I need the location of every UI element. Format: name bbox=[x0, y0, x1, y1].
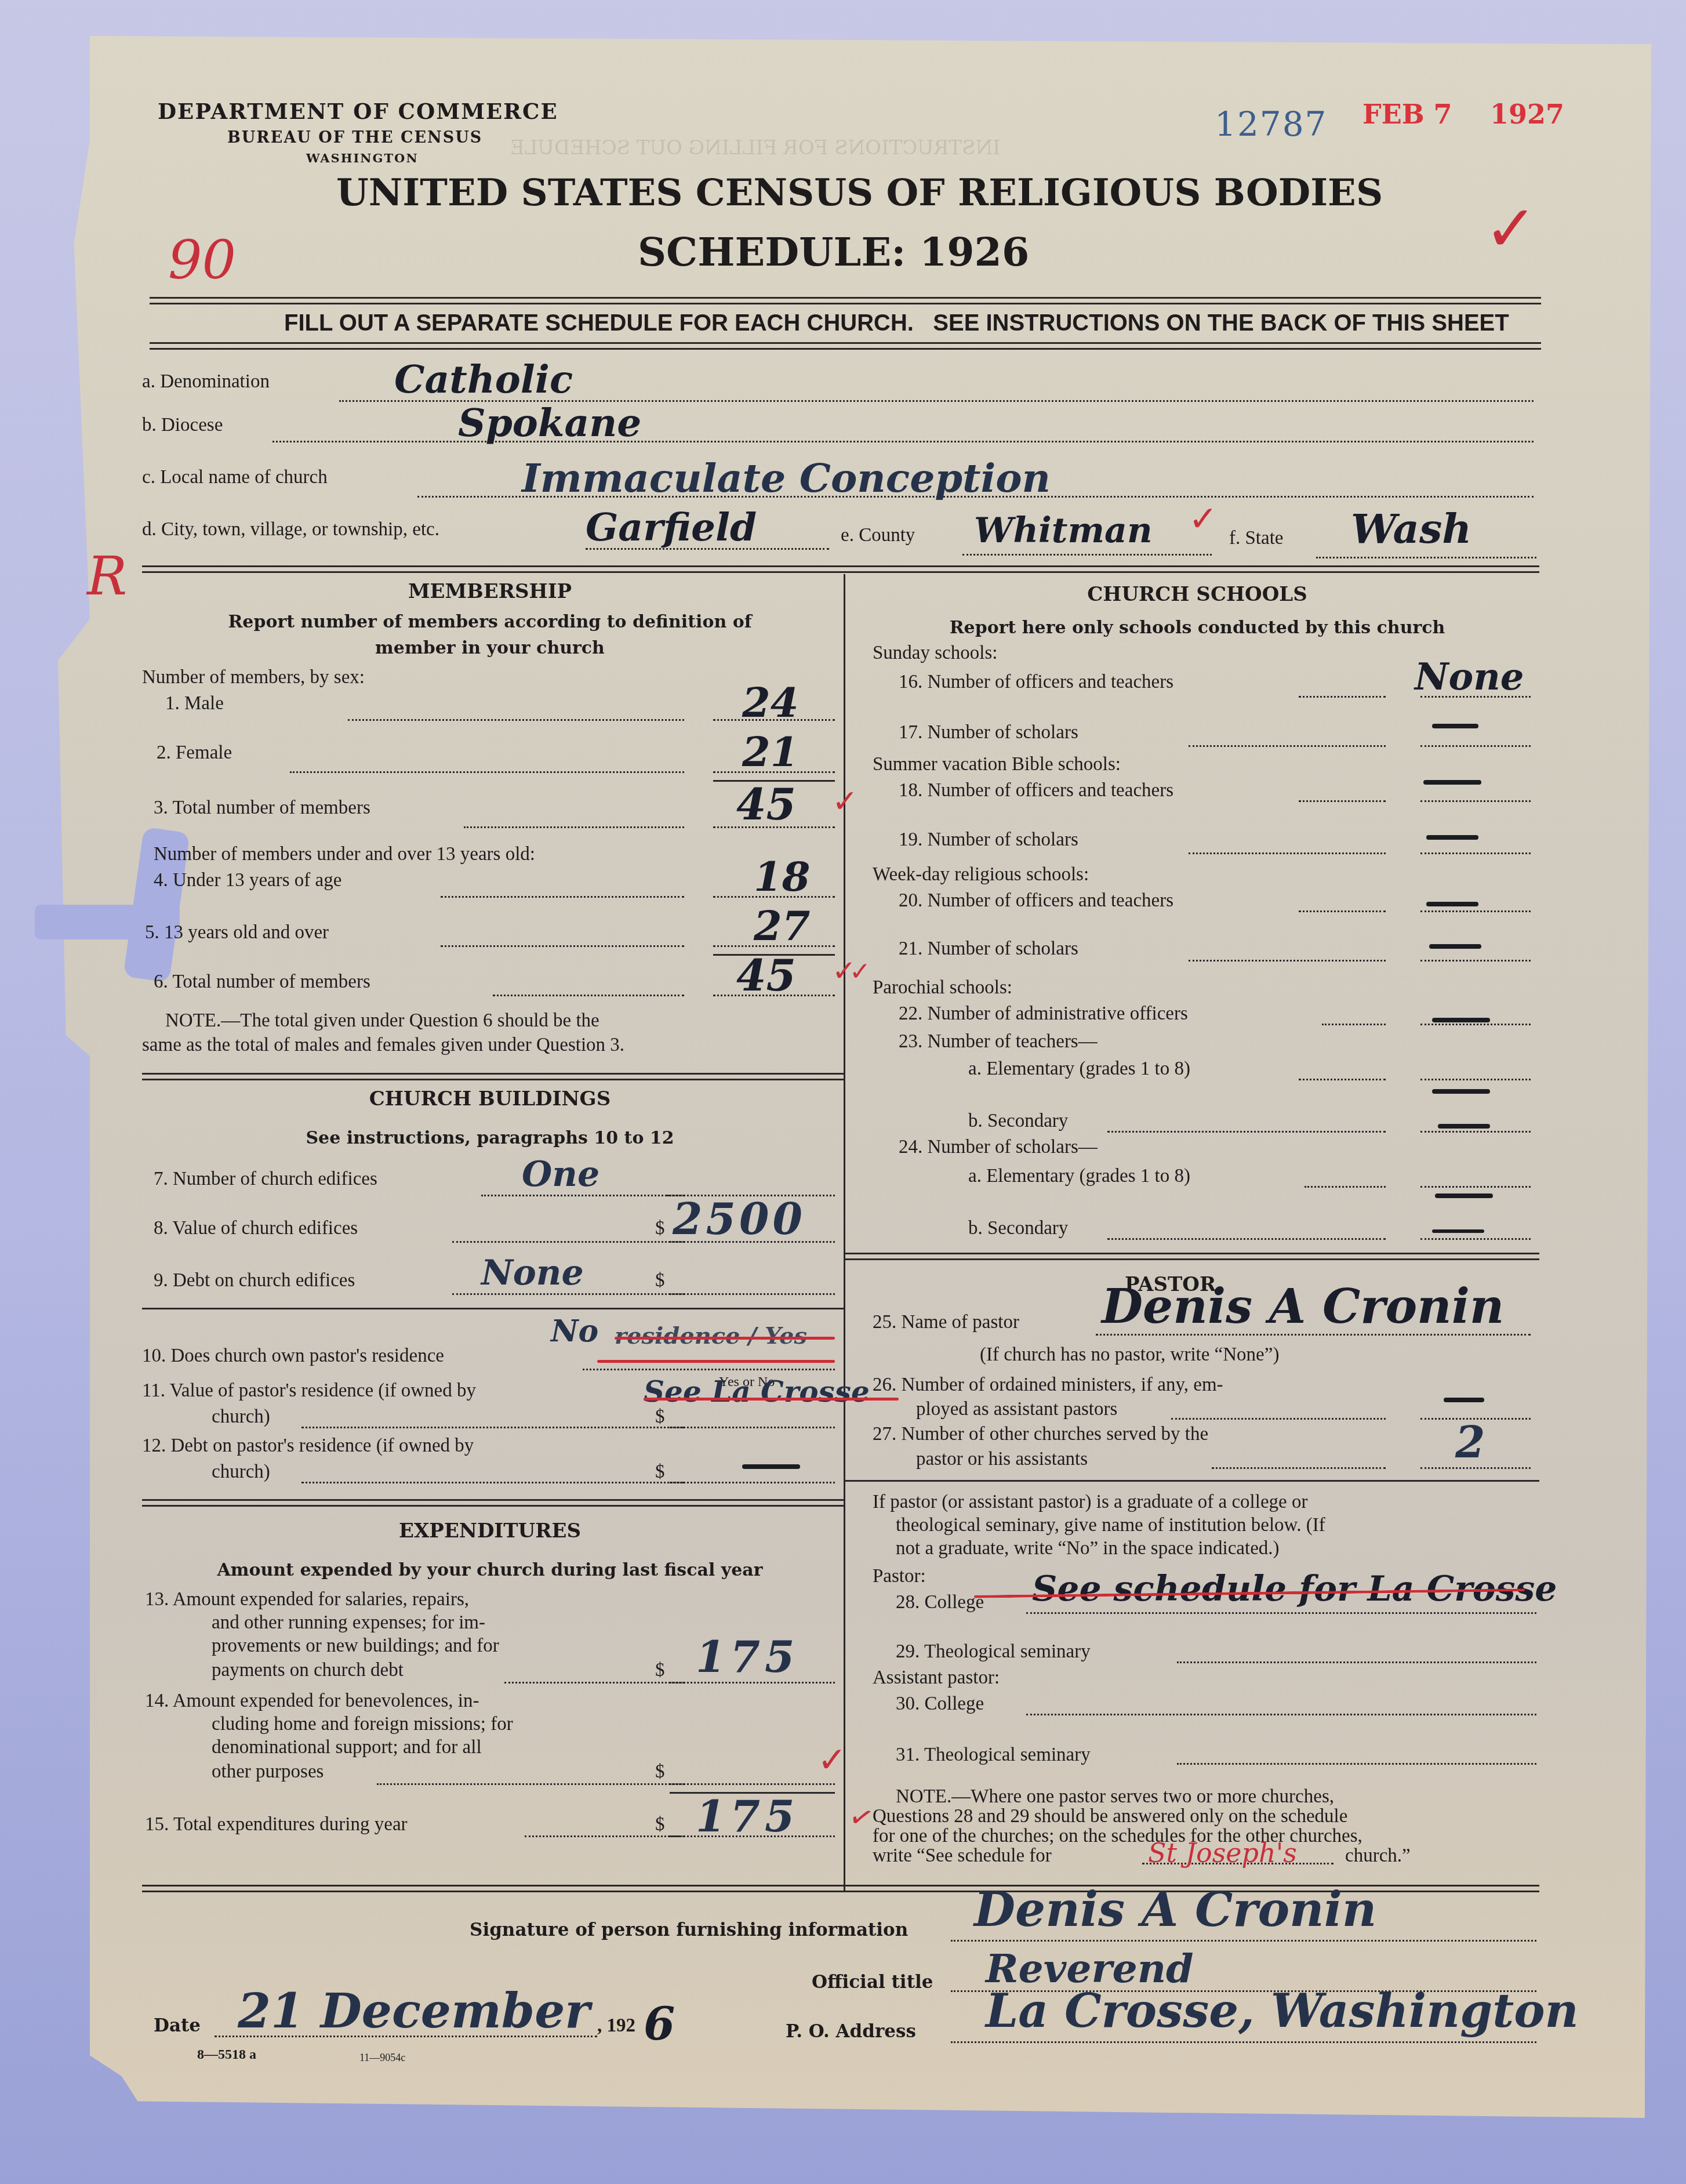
state-field[interactable]: Wash bbox=[1351, 505, 1471, 553]
see-schedule-field[interactable]: St Joseph's bbox=[1148, 1837, 1297, 1869]
assistant-pastor-subheading: Assistant pastor: bbox=[873, 1667, 1000, 1689]
running-expenses-field[interactable]: 175 bbox=[696, 1632, 799, 1682]
red-strikethrough bbox=[597, 1360, 835, 1363]
under-13-label: 4. Under 13 years of age bbox=[154, 870, 341, 891]
parochial-admin-value-line bbox=[1420, 1024, 1531, 1025]
total-expenditures-line bbox=[525, 1835, 684, 1837]
header-rule-top bbox=[150, 297, 1541, 299]
teachers-label: 23. Number of teachers— bbox=[899, 1031, 1098, 1053]
pastor-college-line bbox=[1026, 1612, 1536, 1614]
over-13-label: 5. 13 years old and over bbox=[145, 922, 329, 944]
church-name-field[interactable]: Immaculate Conception bbox=[522, 455, 1051, 502]
signature-line bbox=[951, 1940, 1536, 1942]
identification-rule bbox=[142, 565, 1539, 567]
weekday-scholars-line bbox=[1189, 960, 1386, 962]
benevolences-label: other purposes bbox=[212, 1761, 324, 1783]
total-by-sex-line bbox=[464, 826, 684, 828]
weekday-scholars-label: 21. Number of scholars bbox=[899, 938, 1078, 960]
edifices-rule bbox=[142, 1308, 844, 1309]
residence-debt-label-cont: church) bbox=[212, 1461, 270, 1483]
assistant-seminary-label: 31. Theological seminary bbox=[896, 1744, 1091, 1766]
scholars-elementary-label: a. Elementary (grades 1 to 8) bbox=[968, 1166, 1190, 1187]
running-expenses-label: 13. Amount expended for salaries, repair… bbox=[145, 1589, 469, 1610]
teachers-secondary-value-line bbox=[1420, 1131, 1531, 1133]
summer-officers-value-line bbox=[1420, 800, 1531, 802]
city-name: WASHINGTON bbox=[306, 151, 419, 165]
edifices-debt-field[interactable]: None bbox=[481, 1253, 584, 1293]
scholars-elementary-value-line bbox=[1420, 1186, 1531, 1188]
over-13-line bbox=[441, 945, 684, 947]
address-line bbox=[951, 2041, 1536, 2043]
show-through-heading: INSTRUCTIONS FOR FILLING OUT SCHEDULE bbox=[510, 136, 1001, 159]
benevolences-field[interactable] bbox=[696, 1746, 812, 1780]
church-schools-title: CHURCH SCHOOLS bbox=[852, 583, 1542, 606]
edifices-debt-value-line bbox=[670, 1293, 835, 1295]
pastor-name-field[interactable]: Denis A Cronin bbox=[1102, 1279, 1504, 1334]
assistant-ministers-label-cont: ployed as assistant pastors bbox=[916, 1399, 1117, 1420]
church-buildings-subtitle: See instructions, paragraphs 10 to 12 bbox=[142, 1128, 838, 1148]
membership-title: MEMBERSHIP bbox=[142, 580, 838, 603]
edifices-count-label: 7. Number of church edifices bbox=[154, 1169, 377, 1190]
under-13-line bbox=[441, 896, 684, 898]
summer-schools-label: Summer vacation Bible schools: bbox=[873, 754, 1121, 775]
scholars-secondary-field[interactable] bbox=[1432, 1229, 1484, 1233]
schedule-year: SCHEDULE: 1926 bbox=[638, 229, 1029, 275]
county-label: e. County bbox=[841, 525, 915, 546]
teachers-elementary-field[interactable] bbox=[1432, 1089, 1490, 1094]
residence-debt-label: 12. Debt on pastor's residence (if owned… bbox=[142, 1435, 474, 1457]
membership-note: NOTE.—The total given under Question 6 s… bbox=[165, 1009, 599, 1032]
multi-church-note: church.” bbox=[1345, 1844, 1411, 1867]
residence-value-label-cont: church) bbox=[212, 1406, 270, 1428]
total-by-sex-label: 3. Total number of members bbox=[154, 797, 370, 819]
assistant-ministers-field[interactable] bbox=[1444, 1398, 1484, 1402]
pastor-college-label: 28. College bbox=[896, 1592, 984, 1613]
header-rule-bottom bbox=[150, 342, 1541, 344]
address-label: P. O. Address bbox=[786, 2021, 916, 2042]
scholars-secondary-line bbox=[1107, 1238, 1386, 1240]
city-field[interactable]: Garfield bbox=[586, 505, 757, 550]
county-field[interactable]: Whitman bbox=[974, 510, 1153, 551]
residence-debt-line bbox=[301, 1482, 684, 1483]
membership-rule bbox=[142, 1073, 844, 1075]
total-by-age-label: 6. Total number of members bbox=[154, 971, 370, 993]
residence-debt-value-line bbox=[670, 1482, 835, 1483]
assistant-college-label: 30. College bbox=[896, 1693, 984, 1715]
address-field[interactable]: La Crosse, Washington bbox=[986, 1983, 1579, 2038]
scholars-secondary-value-line bbox=[1420, 1238, 1531, 1240]
residence-value-label: 11. Value of pastor's residence (if owne… bbox=[142, 1380, 476, 1402]
male-field[interactable]: 24 bbox=[742, 679, 798, 727]
benevolences-label: cluding home and foreign missions; for bbox=[212, 1714, 513, 1735]
graduate-note: theological seminary, give name of insti… bbox=[896, 1514, 1325, 1537]
red-checkmark-icon: ✓ bbox=[1484, 191, 1538, 266]
expenditures-subtitle: Amount expended by your church during la… bbox=[142, 1560, 838, 1580]
under-13-field[interactable]: 18 bbox=[754, 852, 810, 901]
diocese-field[interactable]: Spokane bbox=[458, 400, 641, 445]
graduate-note: not a graduate, write “No” in the space … bbox=[896, 1537, 1280, 1560]
sunday-scholars-label: 17. Number of scholars bbox=[899, 722, 1078, 743]
other-churches-label: 27. Number of other churches served by t… bbox=[873, 1424, 1208, 1445]
red-checkmark-icon: ✓ bbox=[832, 783, 858, 819]
other-churches-label-cont: pastor or his assistants bbox=[916, 1449, 1088, 1470]
year-prefix: , 192 bbox=[597, 2015, 635, 2037]
assistant-ministers-label: 26. Number of ordained ministers, if any… bbox=[873, 1374, 1223, 1396]
weekday-officers-line bbox=[1299, 910, 1386, 912]
weekday-officers-field[interactable] bbox=[1426, 902, 1478, 906]
residence-value-currency: $ bbox=[655, 1406, 665, 1428]
annotation-letter: R bbox=[87, 545, 127, 607]
multi-church-note: write “See schedule for bbox=[873, 1844, 1052, 1867]
official-title-label: Official title bbox=[812, 1972, 933, 1993]
red-checkmark-icon: ✓ bbox=[1189, 499, 1218, 539]
residence-debt-field[interactable] bbox=[742, 1464, 800, 1469]
summer-officers-label: 18. Number of officers and teachers bbox=[899, 780, 1173, 801]
summer-scholars-label: 19. Number of scholars bbox=[899, 829, 1078, 851]
owns-residence-struck-value: residence / Yes bbox=[615, 1322, 807, 1349]
female-label: 2. Female bbox=[157, 742, 232, 764]
parochial-admin-label: 22. Number of administrative officers bbox=[899, 1003, 1188, 1025]
total-by-age-line bbox=[493, 995, 684, 996]
owns-residence-label: 10. Does church own pastor's residence bbox=[142, 1345, 444, 1367]
parochial-schools-label: Parochial schools: bbox=[873, 977, 1012, 999]
summer-scholars-line bbox=[1189, 852, 1386, 854]
total-expenditures-currency: $ bbox=[655, 1814, 665, 1835]
denomination-label: a. Denomination bbox=[142, 371, 270, 393]
running-expenses-label: provements or new buildings; and for bbox=[212, 1635, 499, 1657]
teachers-elementary-value-line bbox=[1420, 1079, 1531, 1080]
benevolences-label: 14. Amount expended for benevolences, in… bbox=[145, 1690, 479, 1712]
scholars-label: 24. Number of scholars— bbox=[899, 1137, 1098, 1158]
parochial-admin-field[interactable] bbox=[1432, 1018, 1490, 1022]
red-checkmark-icon: ✓ bbox=[849, 957, 871, 986]
church-buildings-title: CHURCH BUILDINGS bbox=[142, 1087, 838, 1111]
edifices-count-line bbox=[481, 1195, 684, 1196]
edifices-debt-currency: $ bbox=[655, 1270, 665, 1291]
benevolences-value-line bbox=[670, 1783, 835, 1785]
denomination-field[interactable]: Catholic bbox=[394, 357, 573, 402]
stamp-number: 12787 bbox=[1215, 104, 1328, 144]
pastor-name-label: 25. Name of pastor bbox=[873, 1312, 1019, 1333]
female-field[interactable]: 21 bbox=[742, 728, 798, 776]
residence-value-struck-value: See La Crosse bbox=[644, 1374, 870, 1409]
pastor-seminary-label: 29. Theological seminary bbox=[896, 1641, 1091, 1663]
diocese-label: b. Diocese bbox=[142, 415, 223, 436]
edifices-count-field[interactable]: One bbox=[522, 1154, 599, 1195]
sunday-officers-field[interactable]: None bbox=[1415, 655, 1524, 699]
scholars-elementary-line bbox=[1305, 1186, 1386, 1188]
summer-officers-field[interactable] bbox=[1423, 780, 1481, 785]
buildings-rule bbox=[142, 1499, 844, 1501]
benevolences-label: denominational support; and for all bbox=[212, 1737, 482, 1758]
sunday-scholars-line bbox=[1189, 745, 1386, 747]
male-line bbox=[348, 719, 684, 721]
sunday-scholars-field[interactable] bbox=[1432, 724, 1478, 728]
teachers-secondary-line bbox=[1107, 1131, 1386, 1133]
residence-debt-currency: $ bbox=[655, 1461, 665, 1483]
year-field[interactable]: 6 bbox=[644, 1998, 675, 2051]
assistant-ministers-line bbox=[1171, 1418, 1386, 1420]
total-expenditures-field[interactable]: 175 bbox=[696, 1792, 799, 1842]
stamp-year: 1927 bbox=[1490, 99, 1564, 130]
signature-field[interactable]: Denis A Cronin bbox=[974, 1882, 1376, 1938]
membership-note: same as the total of males and females g… bbox=[142, 1033, 624, 1057]
stamp-date: FEB 7 bbox=[1362, 99, 1452, 130]
summer-scholars-field[interactable] bbox=[1426, 835, 1478, 840]
county-line bbox=[962, 554, 1212, 556]
running-expenses-line bbox=[504, 1682, 684, 1684]
church-name-label: c. Local name of church bbox=[142, 467, 328, 488]
weekday-scholars-field[interactable] bbox=[1429, 944, 1481, 949]
assistant-college-line bbox=[1026, 1714, 1536, 1715]
annotation-number: 90 bbox=[168, 229, 236, 291]
benevolences-line bbox=[377, 1783, 684, 1785]
scholars-elementary-field[interactable] bbox=[1435, 1193, 1493, 1198]
pastor-name-hint: (If church has no pastor, write “None”) bbox=[980, 1344, 1279, 1366]
date-field[interactable]: 21 December bbox=[238, 1983, 590, 2039]
graduate-note: If pastor (or assistant pastor) is a gra… bbox=[873, 1490, 1307, 1514]
sunday-schools-label: Sunday schools: bbox=[873, 643, 997, 664]
edifices-debt-line bbox=[452, 1293, 684, 1295]
pastor-rule bbox=[844, 1480, 1539, 1482]
members-by-sex-label: Number of members, by sex: bbox=[142, 667, 365, 688]
sunday-scholars-value-line bbox=[1420, 745, 1531, 747]
church-schools-subtitle: Report here only schools conducted by th… bbox=[852, 618, 1542, 638]
weekday-schools-label: Week-day religious schools: bbox=[873, 864, 1089, 886]
state-line bbox=[1316, 557, 1536, 558]
running-expenses-label: payments on church debt bbox=[212, 1660, 404, 1681]
schools-rule bbox=[844, 1253, 1539, 1254]
summer-scholars-value-line bbox=[1420, 852, 1531, 854]
pastor-seminary-line bbox=[1177, 1661, 1536, 1663]
owns-residence-line bbox=[583, 1369, 835, 1370]
teachers-secondary-field[interactable] bbox=[1438, 1124, 1490, 1129]
edifices-value-label: 8. Value of church edifices bbox=[154, 1218, 358, 1239]
total-by-age-field[interactable]: 45 bbox=[736, 951, 796, 1001]
city-label: d. City, town, village, or township, etc… bbox=[142, 519, 439, 540]
teachers-elementary-label: a. Elementary (grades 1 to 8) bbox=[968, 1058, 1190, 1080]
summer-officers-line bbox=[1299, 800, 1386, 802]
teachers-secondary-label: b. Secondary bbox=[968, 1111, 1068, 1132]
female-line bbox=[290, 771, 684, 773]
department-name: DEPARTMENT OF COMMERCE bbox=[158, 99, 558, 124]
other-churches-field[interactable]: 2 bbox=[1455, 1418, 1485, 1468]
weekday-officers-label: 20. Number of officers and teachers bbox=[899, 890, 1173, 912]
signature-label: Signature of person furnishing informati… bbox=[470, 1920, 908, 1940]
edifices-debt-label: 9. Debt on church edifices bbox=[154, 1270, 355, 1291]
running-expenses-currency: $ bbox=[655, 1660, 665, 1681]
assistant-seminary-line bbox=[1177, 1763, 1536, 1765]
red-checkmark-icon: ✓ bbox=[817, 1740, 846, 1780]
weekday-scholars-value-line bbox=[1420, 960, 1531, 962]
red-strikethrough bbox=[644, 1398, 899, 1401]
edifices-value-currency: $ bbox=[655, 1218, 665, 1239]
teachers-elementary-line bbox=[1299, 1079, 1386, 1080]
male-label: 1. Male bbox=[165, 693, 224, 714]
residence-value-value-line bbox=[670, 1427, 835, 1428]
edifices-value-line bbox=[452, 1241, 684, 1243]
benevolences-currency: $ bbox=[655, 1761, 665, 1783]
membership-subtitle: member in your church bbox=[142, 638, 838, 658]
total-expenditures-label: 15. Total expenditures during year bbox=[145, 1814, 408, 1835]
instruction-banner: FILL OUT A SEPARATE SCHEDULE FOR EACH CH… bbox=[284, 310, 1509, 336]
weekday-officers-value-line bbox=[1420, 910, 1531, 912]
form-code: 8—5518 a bbox=[197, 2047, 256, 2063]
members-by-age-label: Number of members under and over 13 year… bbox=[154, 844, 535, 865]
residence-value-line bbox=[301, 1427, 684, 1428]
membership-subtitle: Report number of members according to de… bbox=[142, 612, 838, 632]
form-title: UNITED STATES CENSUS OF RELIGIOUS BODIES bbox=[336, 171, 1383, 215]
column-divider bbox=[844, 574, 845, 1891]
red-strikethrough bbox=[615, 1337, 835, 1340]
other-churches-line bbox=[1212, 1467, 1386, 1469]
pastor-subheading: Pastor: bbox=[873, 1566, 926, 1587]
date-label: Date bbox=[154, 2015, 201, 2036]
state-label: f. State bbox=[1229, 528, 1283, 549]
owns-residence-field[interactable]: No bbox=[551, 1314, 598, 1349]
total-by-sex-field[interactable]: 45 bbox=[736, 780, 796, 830]
over-13-field[interactable]: 27 bbox=[754, 902, 810, 950]
running-expenses-label: and other running expenses; for im- bbox=[212, 1612, 485, 1634]
sunday-officers-line bbox=[1299, 696, 1386, 698]
expenditures-title: EXPENDITURES bbox=[142, 1519, 838, 1543]
bureau-name: BUREAU OF THE CENSUS bbox=[227, 129, 482, 147]
scholars-secondary-label: b. Secondary bbox=[968, 1218, 1068, 1239]
edifices-value-field[interactable]: 2500 bbox=[673, 1195, 806, 1245]
form-code: 11—9054c bbox=[359, 2052, 405, 2064]
parochial-admin-line bbox=[1322, 1024, 1386, 1025]
sunday-officers-label: 16. Number of officers and teachers bbox=[899, 672, 1173, 693]
